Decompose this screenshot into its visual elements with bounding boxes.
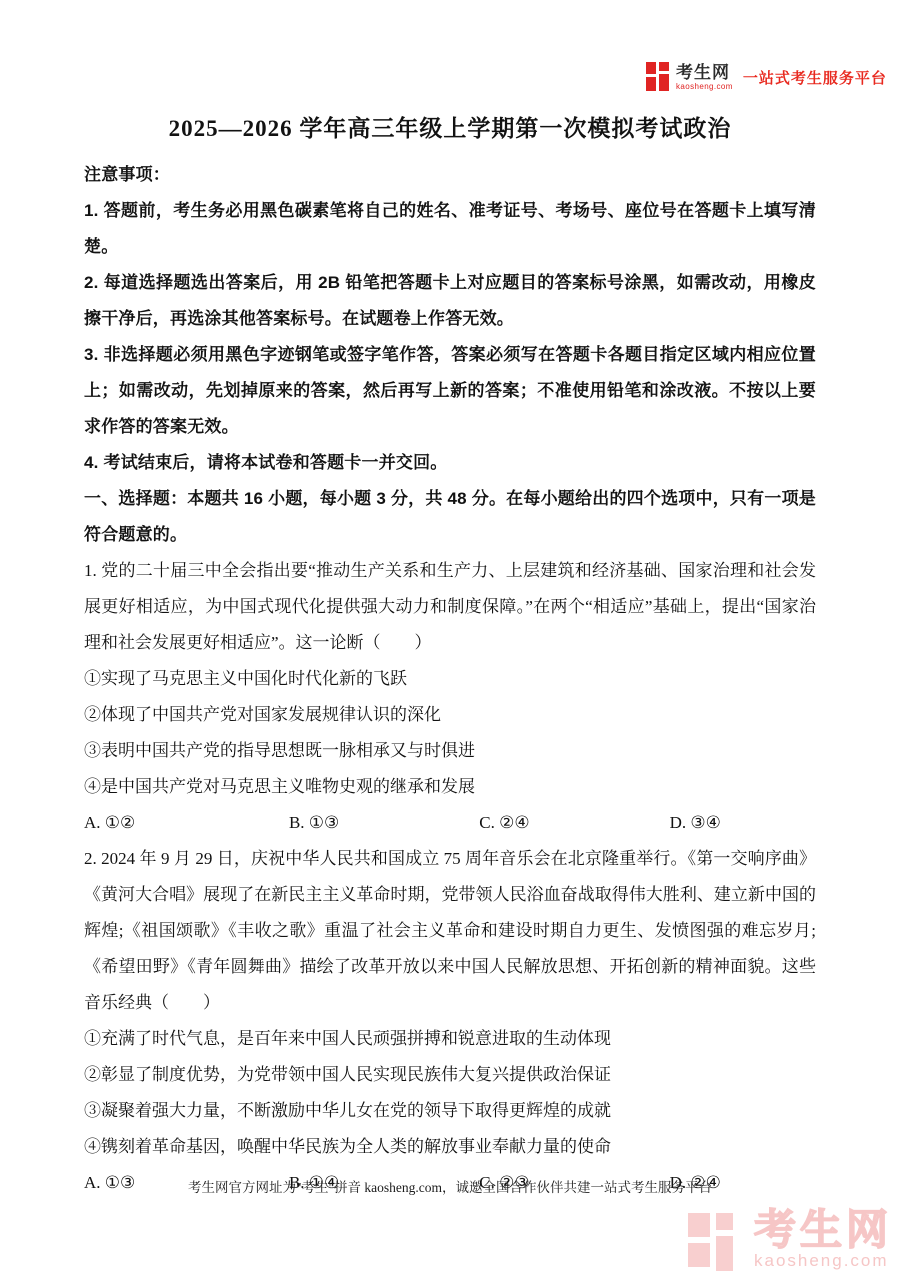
question-statement: ②彰显了制度优势，为党带领中国人民实现民族伟大复兴提供政治保证	[84, 1057, 816, 1093]
brand-tagline: 一站式考生服务平台	[743, 67, 887, 88]
question-statement: ④镌刻着革命基因，唤醒中华民族为全人类的解放事业奉献力量的使命	[84, 1129, 816, 1165]
kaosheng-logo-text: 考生网 kaosheng.com	[676, 64, 733, 91]
question-stem: 1. 党的二十届三中全会指出要“推动生产关系和生产力、上层建筑和经济基础、国家治…	[84, 553, 816, 661]
brand-domain: kaosheng.com	[676, 82, 733, 91]
exam-paper-page: { "logo": { "name": "考生网", "domain": "ka…	[0, 0, 900, 1273]
question-statement: ①充满了时代气息，是百年来中国人民顽强拼搏和锐意进取的生动体现	[84, 1021, 816, 1057]
question-2: 2. 2024 年 9 月 29 日，庆祝中华人民共和国成立 75 周年音乐会在…	[84, 841, 816, 1201]
notice-heading: 注意事项：	[84, 157, 816, 193]
question-statement: ④是中国共产党对马克思主义唯物史观的继承和发展	[84, 769, 816, 805]
kaosheng-watermark-text: 考生网 kaosheng.com	[754, 1209, 892, 1270]
notice-item-1: 1. 答题前，考生务必用黑色碳素笔将自己的姓名、准考证号、考场号、座位号在答题卡…	[84, 193, 816, 265]
question-1: 1. 党的二十届三中全会指出要“推动生产关系和生产力、上层建筑和经济基础、国家治…	[84, 553, 816, 841]
choice-d: D. ③④	[670, 805, 816, 841]
choice-a: A. ①②	[84, 805, 289, 841]
question-statement: ③凝聚着强大力量，不断激励中华儿女在党的领导下取得更辉煌的成就	[84, 1093, 816, 1129]
question-statement: ①实现了马克思主义中国化时代化新的飞跃	[84, 661, 816, 697]
kaosheng-logo-icon	[646, 62, 671, 92]
question-stem: 2. 2024 年 9 月 29 日，庆祝中华人民共和国成立 75 周年音乐会在…	[84, 841, 816, 1021]
question-statement: ③表明中国共产党的指导思想既一脉相承又与时俱进	[84, 733, 816, 769]
choice-b: B. ①③	[289, 805, 479, 841]
page-footer: 考生网官方网址为"考生"拼音 kaosheng.com，诚邀全国合作伙伴共建一站…	[0, 1176, 900, 1196]
notice-item-4: 4. 考试结束后，请将本试卷和答题卡一并交回。	[84, 445, 816, 481]
watermark-domain: kaosheng.com	[754, 1252, 892, 1270]
notice-item-2: 2. 每道选择题选出答案后，用 2B 铅笔把答题卡上对应题目的答案标号涂黑，如需…	[84, 265, 816, 337]
watermark-name: 考生网	[754, 1209, 892, 1251]
brand-name: 考生网	[676, 64, 733, 82]
notice-item-3: 3. 非选择题必须用黑色字迹钢笔或签字笔作答，答案必须写在答题卡各题目指定区域内…	[84, 337, 816, 445]
exam-content: 2025—2026 学年高三年级上学期第一次模拟考试政治 注意事项： 1. 答题…	[84, 110, 816, 1201]
page-title: 2025—2026 学年高三年级上学期第一次模拟考试政治	[84, 110, 816, 143]
choice-c: C. ②④	[479, 805, 669, 841]
kaosheng-logo: 考生网 kaosheng.com 一站式考生服务平台	[646, 62, 887, 92]
choices-row: A. ①② B. ①③ C. ②④ D. ③④	[84, 805, 816, 841]
kaosheng-watermark: 考生网 kaosheng.com	[688, 1209, 892, 1271]
section-heading: 一、选择题：本题共 16 小题，每小题 3 分，共 48 分。在每小题给出的四个…	[84, 481, 816, 553]
kaosheng-watermark-icon	[688, 1213, 742, 1271]
question-statement: ②体现了中国共产党对国家发展规律认识的深化	[84, 697, 816, 733]
